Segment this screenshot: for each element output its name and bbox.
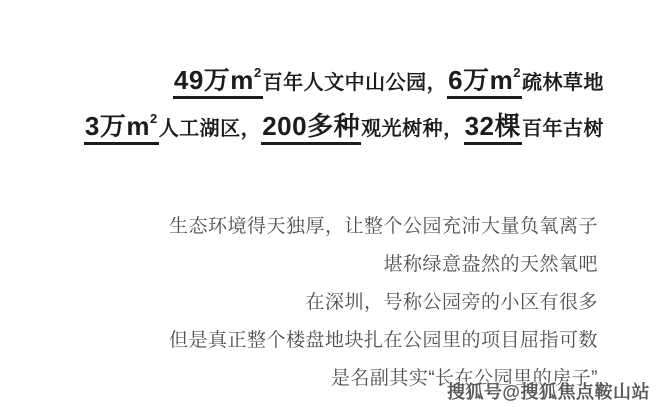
- headline-segment: 200多种: [261, 112, 361, 145]
- headline: 49万m2百年人文中山公园，6万m2疏林草地 3万m2人工湖区，200多种观光树…: [84, 60, 604, 152]
- superscript: 2: [513, 65, 521, 80]
- headline-line-1: 49万m2百年人文中山公园，6万m2疏林草地: [84, 60, 604, 106]
- sohu-watermark: 搜狐号@搜狐焦点鞍山站: [447, 378, 650, 404]
- headline-segment: 疏林草地: [522, 72, 604, 94]
- headline-segment: 百年人文中山公园，: [263, 72, 448, 94]
- superscript: 2: [150, 111, 158, 126]
- body-line: 堪称绿意盎然的天然氧吧: [169, 246, 598, 284]
- body-line: 生态环境得天独厚，让整个公园充沛大量负氧离子: [169, 208, 598, 246]
- headline-segment: 人工湖区，: [159, 118, 262, 140]
- headline-segment: 6万m2: [447, 66, 522, 99]
- body-line: 在深圳，号称公园旁的小区有很多: [169, 284, 598, 322]
- headline-segment: 观光树种，: [361, 118, 464, 140]
- promo-image-canvas: 49万m2百年人文中山公园，6万m2疏林草地 3万m2人工湖区，200多种观光树…: [0, 0, 660, 407]
- headline-segment: 3万m2: [84, 112, 159, 145]
- headline-segment: 百年古树: [522, 118, 604, 140]
- superscript: 2: [254, 65, 262, 80]
- headline-segment: 32棵: [464, 112, 522, 145]
- body-paragraph: 生态环境得天独厚，让整个公园充沛大量负氧离子 堪称绿意盎然的天然氧吧 在深圳，号…: [169, 208, 598, 398]
- headline-line-2: 3万m2人工湖区，200多种观光树种，32棵百年古树: [84, 106, 604, 152]
- headline-segment: 49万m2: [173, 66, 263, 99]
- body-line: 但是真正整个楼盘地块扎在公园里的项目屈指可数: [169, 322, 598, 360]
